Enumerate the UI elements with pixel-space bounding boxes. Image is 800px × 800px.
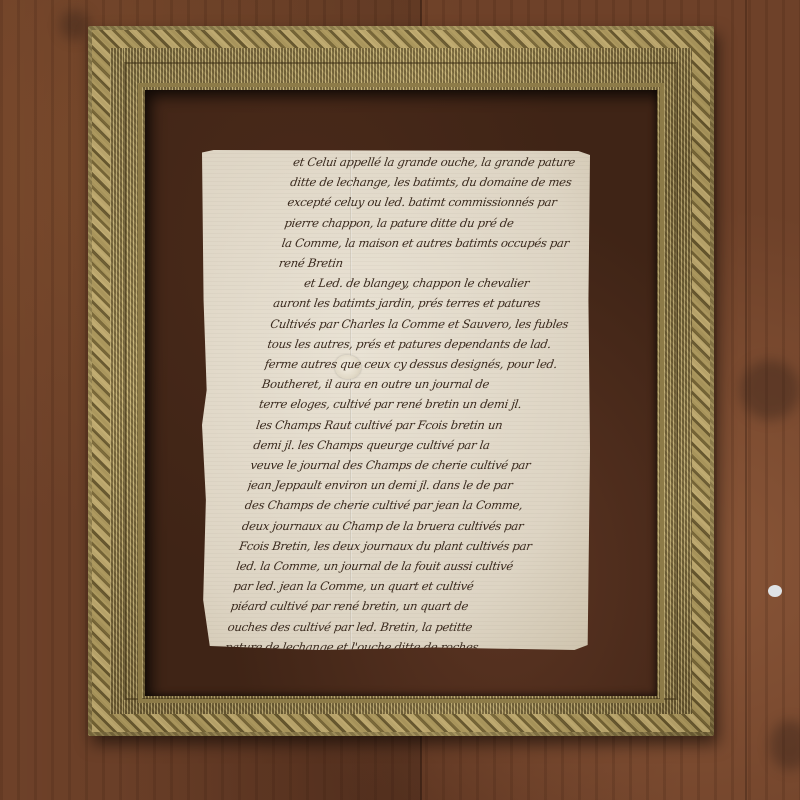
manuscript-line: jean Jeppault environ un demi jl. dans l… [246, 475, 581, 495]
manuscript-line: excepté celuy ou led. batimt commissionn… [286, 192, 621, 212]
manuscript-line: tous les autres, prés et patures dependa… [266, 334, 601, 354]
wood-stain [770, 720, 800, 770]
manuscript-line: demi jl. les Champs queurge cultivé par … [252, 435, 587, 455]
manuscript-line: led. la Comme, un journal de la fouit au… [235, 556, 570, 576]
manuscript-line: deux journaux au Champ de la bruera cult… [241, 516, 576, 536]
manuscript-line: Boutheret, il aura en outre un journal d… [261, 374, 596, 394]
manuscript-line: piéard cultivé par rené bretin, un quart… [229, 596, 564, 616]
manuscript-line: les Champs Raut cultivé par Fcois bretin… [255, 415, 590, 435]
table-fleck [768, 585, 782, 597]
manuscript-line: auront les batimts jardin, prés terres e… [272, 293, 607, 313]
manuscript-line: ferme autres que ceux cy dessus designés… [263, 354, 598, 374]
manuscript-line: par led. jean la Comme, un quart et cult… [232, 576, 567, 596]
manuscript-line: veuve le journal des Champs de cherie cu… [249, 455, 584, 475]
manuscript-line: la Comme, la maison et autres batimts oc… [280, 233, 615, 253]
manuscript-line: ouches des cultivé par led. Bretin, la p… [226, 617, 561, 637]
manuscript-line: et Led. de blangey, chappon le chevalier [275, 273, 610, 293]
wood-stain [740, 360, 800, 420]
manuscript-line: des Champs de cherie cultivé par jean la… [243, 495, 578, 515]
manuscript-line: Cultivés par Charles la Comme et Sauvero… [269, 314, 604, 334]
manuscript-line: Fcois Bretin, les deux journaux du plant… [238, 536, 573, 556]
manuscript-line: rené Bretin [278, 253, 613, 273]
manuscript-line: terre eloges, cultivé par rené bretin un… [258, 394, 593, 414]
manuscript-line: et Celui appellé la grande ouche, la gra… [292, 152, 627, 172]
manuscript-line: pierre chappon, la pature ditte du pré d… [283, 213, 618, 233]
manuscript-page: et Celui appellé la grande ouche, la gra… [202, 150, 590, 650]
manuscript-line: ditte de lechange, les batimts, du domai… [289, 172, 624, 192]
wood-stain [60, 10, 90, 40]
